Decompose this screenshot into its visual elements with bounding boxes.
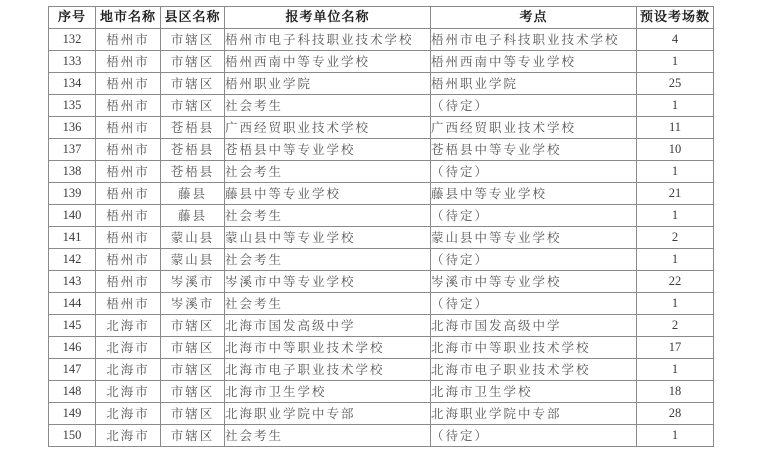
cell-site: （待定）: [431, 161, 637, 183]
cell-seq: 137: [49, 139, 96, 161]
header-seq: 序号: [49, 7, 96, 29]
cell-seq: 136: [49, 117, 96, 139]
cell-unit: 北海职业学院中专部: [225, 403, 431, 425]
exam-site-table: 序号 地市名称 县区名称 报考单位名称 考点 预设考场数 132梧州市市辖区梧州…: [48, 6, 714, 447]
header-county: 县区名称: [161, 7, 225, 29]
table-body: 132梧州市市辖区梧州市电子科技职业技术学校梧州市电子科技职业技术学校4133梧…: [49, 29, 714, 447]
cell-site: 蒙山县中等专业学校: [431, 227, 637, 249]
cell-city: 梧州市: [96, 227, 161, 249]
cell-seq: 143: [49, 271, 96, 293]
header-city: 地市名称: [96, 7, 161, 29]
cell-site: 梧州职业学院: [431, 73, 637, 95]
cell-site: 北海市卫生学校: [431, 381, 637, 403]
cell-county: 藤县: [161, 205, 225, 227]
cell-rooms: 1: [637, 51, 714, 73]
cell-seq: 147: [49, 359, 96, 381]
cell-site: （待定）: [431, 95, 637, 117]
cell-unit: 社会考生: [225, 205, 431, 227]
cell-county: 苍梧县: [161, 161, 225, 183]
cell-site: （待定）: [431, 425, 637, 447]
table-row: 134梧州市市辖区梧州职业学院梧州职业学院25: [49, 73, 714, 95]
cell-seq: 150: [49, 425, 96, 447]
cell-city: 梧州市: [96, 117, 161, 139]
cell-county: 岑溪市: [161, 271, 225, 293]
cell-city: 梧州市: [96, 205, 161, 227]
cell-county: 市辖区: [161, 51, 225, 73]
cell-site: 岑溪市中等专业学校: [431, 271, 637, 293]
cell-rooms: 4: [637, 29, 714, 51]
cell-unit: 广西经贸职业技术学校: [225, 117, 431, 139]
cell-seq: 144: [49, 293, 96, 315]
cell-rooms: 1: [637, 293, 714, 315]
cell-city: 梧州市: [96, 51, 161, 73]
cell-county: 市辖区: [161, 315, 225, 337]
cell-city: 梧州市: [96, 73, 161, 95]
cell-county: 市辖区: [161, 73, 225, 95]
cell-unit: 藤县中等专业学校: [225, 183, 431, 205]
cell-rooms: 1: [637, 359, 714, 381]
cell-county: 市辖区: [161, 381, 225, 403]
table-header-row: 序号 地市名称 县区名称 报考单位名称 考点 预设考场数: [49, 7, 714, 29]
cell-rooms: 11: [637, 117, 714, 139]
table-row: 143梧州市岑溪市岑溪市中等专业学校岑溪市中等专业学校22: [49, 271, 714, 293]
cell-city: 梧州市: [96, 271, 161, 293]
table-row: 139梧州市藤县藤县中等专业学校藤县中等专业学校21: [49, 183, 714, 205]
cell-city: 北海市: [96, 425, 161, 447]
cell-rooms: 10: [637, 139, 714, 161]
cell-unit: 社会考生: [225, 293, 431, 315]
cell-unit: 北海市国发高级中学: [225, 315, 431, 337]
cell-rooms: 18: [637, 381, 714, 403]
document-page: 序号 地市名称 县区名称 报考单位名称 考点 预设考场数 132梧州市市辖区梧州…: [0, 0, 760, 459]
cell-county: 市辖区: [161, 359, 225, 381]
cell-county: 市辖区: [161, 29, 225, 51]
table-row: 148北海市市辖区北海市卫生学校北海市卫生学校18: [49, 381, 714, 403]
cell-unit: 岑溪市中等专业学校: [225, 271, 431, 293]
cell-rooms: 1: [637, 205, 714, 227]
cell-seq: 148: [49, 381, 96, 403]
table-row: 142梧州市蒙山县社会考生（待定）1: [49, 249, 714, 271]
cell-seq: 139: [49, 183, 96, 205]
cell-rooms: 1: [637, 95, 714, 117]
cell-site: 北海市国发高级中学: [431, 315, 637, 337]
table-row: 149北海市市辖区北海职业学院中专部北海职业学院中专部28: [49, 403, 714, 425]
cell-city: 梧州市: [96, 29, 161, 51]
cell-site: 藤县中等专业学校: [431, 183, 637, 205]
cell-site: （待定）: [431, 205, 637, 227]
cell-rooms: 2: [637, 315, 714, 337]
cell-city: 梧州市: [96, 293, 161, 315]
header-rooms: 预设考场数: [637, 7, 714, 29]
table-row: 141梧州市蒙山县蒙山县中等专业学校蒙山县中等专业学校2: [49, 227, 714, 249]
cell-county: 市辖区: [161, 403, 225, 425]
cell-city: 北海市: [96, 315, 161, 337]
cell-county: 市辖区: [161, 337, 225, 359]
cell-rooms: 22: [637, 271, 714, 293]
table-row: 150北海市市辖区社会考生（待定）1: [49, 425, 714, 447]
table-row: 138梧州市苍梧县社会考生（待定）1: [49, 161, 714, 183]
cell-unit: 北海市中等职业技术学校: [225, 337, 431, 359]
table-row: 146北海市市辖区北海市中等职业技术学校北海市中等职业技术学校17: [49, 337, 714, 359]
cell-seq: 133: [49, 51, 96, 73]
table-row: 135梧州市市辖区社会考生（待定）1: [49, 95, 714, 117]
cell-unit: 社会考生: [225, 249, 431, 271]
cell-site: 北海职业学院中专部: [431, 403, 637, 425]
table-row: 144梧州市岑溪市社会考生（待定）1: [49, 293, 714, 315]
cell-unit: 社会考生: [225, 425, 431, 447]
cell-city: 梧州市: [96, 95, 161, 117]
cell-unit: 梧州西南中等专业学校: [225, 51, 431, 73]
cell-county: 苍梧县: [161, 117, 225, 139]
table-row: 140梧州市藤县社会考生（待定）1: [49, 205, 714, 227]
cell-unit: 北海市卫生学校: [225, 381, 431, 403]
cell-rooms: 1: [637, 249, 714, 271]
cell-city: 北海市: [96, 381, 161, 403]
cell-county: 苍梧县: [161, 139, 225, 161]
cell-site: 梧州西南中等专业学校: [431, 51, 637, 73]
cell-rooms: 2: [637, 227, 714, 249]
cell-rooms: 17: [637, 337, 714, 359]
cell-seq: 134: [49, 73, 96, 95]
cell-rooms: 25: [637, 73, 714, 95]
cell-unit: 梧州市电子科技职业技术学校: [225, 29, 431, 51]
cell-county: 市辖区: [161, 95, 225, 117]
cell-city: 北海市: [96, 403, 161, 425]
table-row: 133梧州市市辖区梧州西南中等专业学校梧州西南中等专业学校1: [49, 51, 714, 73]
cell-county: 市辖区: [161, 425, 225, 447]
cell-rooms: 1: [637, 161, 714, 183]
cell-seq: 140: [49, 205, 96, 227]
cell-site: （待定）: [431, 293, 637, 315]
cell-seq: 132: [49, 29, 96, 51]
header-unit: 报考单位名称: [225, 7, 431, 29]
cell-unit: 蒙山县中等专业学校: [225, 227, 431, 249]
cell-county: 藤县: [161, 183, 225, 205]
cell-city: 梧州市: [96, 183, 161, 205]
cell-unit: 苍梧县中等专业学校: [225, 139, 431, 161]
cell-rooms: 28: [637, 403, 714, 425]
cell-site: 广西经贸职业技术学校: [431, 117, 637, 139]
cell-unit: 北海市电子职业技术学校: [225, 359, 431, 381]
cell-site: （待定）: [431, 249, 637, 271]
cell-city: 北海市: [96, 359, 161, 381]
cell-seq: 142: [49, 249, 96, 271]
cell-rooms: 1: [637, 425, 714, 447]
table-row: 136梧州市苍梧县广西经贸职业技术学校广西经贸职业技术学校11: [49, 117, 714, 139]
cell-rooms: 21: [637, 183, 714, 205]
table-row: 137梧州市苍梧县苍梧县中等专业学校苍梧县中等专业学校10: [49, 139, 714, 161]
cell-seq: 138: [49, 161, 96, 183]
cell-city: 北海市: [96, 337, 161, 359]
cell-site: 梧州市电子科技职业技术学校: [431, 29, 637, 51]
cell-unit: 梧州职业学院: [225, 73, 431, 95]
cell-seq: 145: [49, 315, 96, 337]
table-row: 147北海市市辖区北海市电子职业技术学校北海市电子职业技术学校1: [49, 359, 714, 381]
cell-city: 梧州市: [96, 139, 161, 161]
cell-site: 北海市电子职业技术学校: [431, 359, 637, 381]
cell-county: 岑溪市: [161, 293, 225, 315]
cell-seq: 135: [49, 95, 96, 117]
cell-seq: 141: [49, 227, 96, 249]
cell-site: 苍梧县中等专业学校: [431, 139, 637, 161]
table-row: 145北海市市辖区北海市国发高级中学北海市国发高级中学2: [49, 315, 714, 337]
header-site: 考点: [431, 7, 637, 29]
cell-county: 蒙山县: [161, 227, 225, 249]
cell-city: 梧州市: [96, 161, 161, 183]
table-row: 132梧州市市辖区梧州市电子科技职业技术学校梧州市电子科技职业技术学校4: [49, 29, 714, 51]
cell-site: 北海市中等职业技术学校: [431, 337, 637, 359]
cell-county: 蒙山县: [161, 249, 225, 271]
cell-seq: 146: [49, 337, 96, 359]
cell-unit: 社会考生: [225, 95, 431, 117]
cell-city: 梧州市: [96, 249, 161, 271]
cell-seq: 149: [49, 403, 96, 425]
cell-unit: 社会考生: [225, 161, 431, 183]
